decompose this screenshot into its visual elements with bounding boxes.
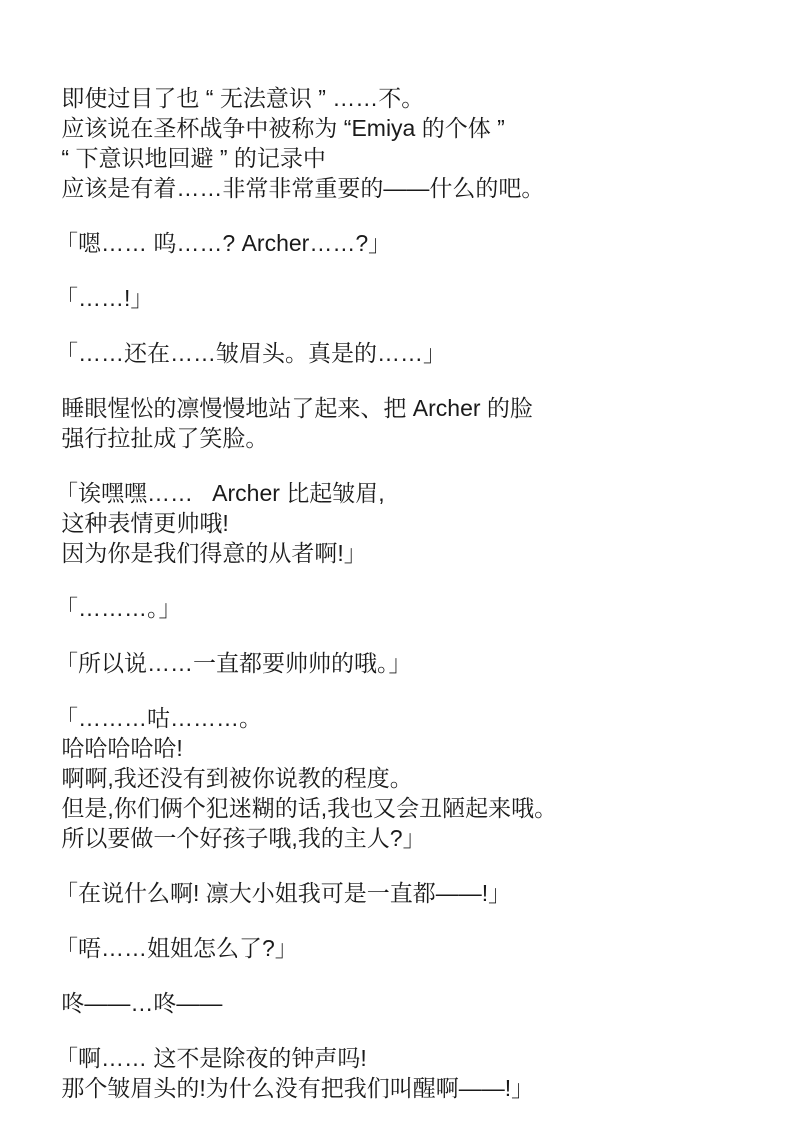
text-line: 「在说什么啊! 凛大小姐我可是一直都——!」 [55, 878, 765, 908]
paragraph: 咚——…咚—— [55, 988, 765, 1018]
text-line: 因为你是我们得意的从者啊!」 [55, 538, 765, 568]
text-line: 应该是有着……非常非常重要的——什么的吧。 [55, 173, 765, 203]
paragraph: 睡眼惺忪的凛慢慢地站了起来、把 Archer 的脸 强行拉扯成了笑脸。 [55, 393, 765, 453]
text-line: 所以要做一个好孩子哦,我的主人?」 [55, 823, 765, 853]
text-line: 强行拉扯成了笑脸。 [55, 423, 765, 453]
text-line: 那个皱眉头的!为什么没有把我们叫醒啊——!」 [55, 1073, 765, 1103]
text-line: “ 下意识地回避 ” 的记录中 [55, 143, 765, 173]
paragraph: 即使过目了也 “ 无法意识 ” ……不。 应该说在圣杯战争中被称为 “Emiya… [55, 83, 765, 203]
text-line: 「………咕………。 [55, 703, 765, 733]
text-column: 即使过目了也 “ 无法意识 ” ……不。 应该说在圣杯战争中被称为 “Emiya… [55, 83, 765, 1128]
text-line: 「嗯…… 呜……? Archer……?」 [55, 228, 765, 258]
text-line: 「……!」 [55, 283, 765, 313]
text-line: 睡眼惺忪的凛慢慢地站了起来、把 Archer 的脸 [55, 393, 765, 423]
paragraph: 「诶嘿嘿…… Archer 比起皱眉, 这种表情更帅哦! 因为你是我们得意的从者… [55, 478, 765, 568]
paragraph: 「……还在……皱眉头。真是的……」 [55, 338, 765, 368]
paragraph: 「唔……姐姐怎么了?」 [55, 933, 765, 963]
text-line: 这种表情更帅哦! [55, 508, 765, 538]
text-line: 咚——…咚—— [55, 988, 765, 1018]
text-line: 但是,你们俩个犯迷糊的话,我也又会丑陋起来哦。 [55, 793, 765, 823]
paragraph: 「嗯…… 呜……? Archer……?」 [55, 228, 765, 258]
text-line: 应该说在圣杯战争中被称为 “Emiya 的个体 ” [55, 113, 765, 143]
text-line: 「所以说……一直都要帅帅的哦。」 [55, 648, 765, 678]
paragraph: 「所以说……一直都要帅帅的哦。」 [55, 648, 765, 678]
paragraph: 「……!」 [55, 283, 765, 313]
text-line: 「唔……姐姐怎么了?」 [55, 933, 765, 963]
text-line: 哈哈哈哈哈! [55, 733, 765, 763]
text-line: 「诶嘿嘿…… Archer 比起皱眉, [55, 478, 765, 508]
paragraph: 「………。」 [55, 593, 765, 623]
text-line: 即使过目了也 “ 无法意识 ” ……不。 [55, 83, 765, 113]
paragraph: 「在说什么啊! 凛大小姐我可是一直都——!」 [55, 878, 765, 908]
text-line: 「………。」 [55, 593, 765, 623]
text-line: 「啊…… 这不是除夜的钟声吗! [55, 1043, 765, 1073]
paragraph: 「啊…… 这不是除夜的钟声吗! 那个皱眉头的!为什么没有把我们叫醒啊——!」 [55, 1043, 765, 1103]
text-page: 即使过目了也 “ 无法意识 ” ……不。 应该说在圣杯战争中被称为 “Emiya… [0, 0, 800, 1129]
text-line: 啊啊,我还没有到被你说教的程度。 [55, 763, 765, 793]
text-line: 「……还在……皱眉头。真是的……」 [55, 338, 765, 368]
paragraph: 「………咕………。 哈哈哈哈哈! 啊啊,我还没有到被你说教的程度。 但是,你们俩… [55, 703, 765, 853]
